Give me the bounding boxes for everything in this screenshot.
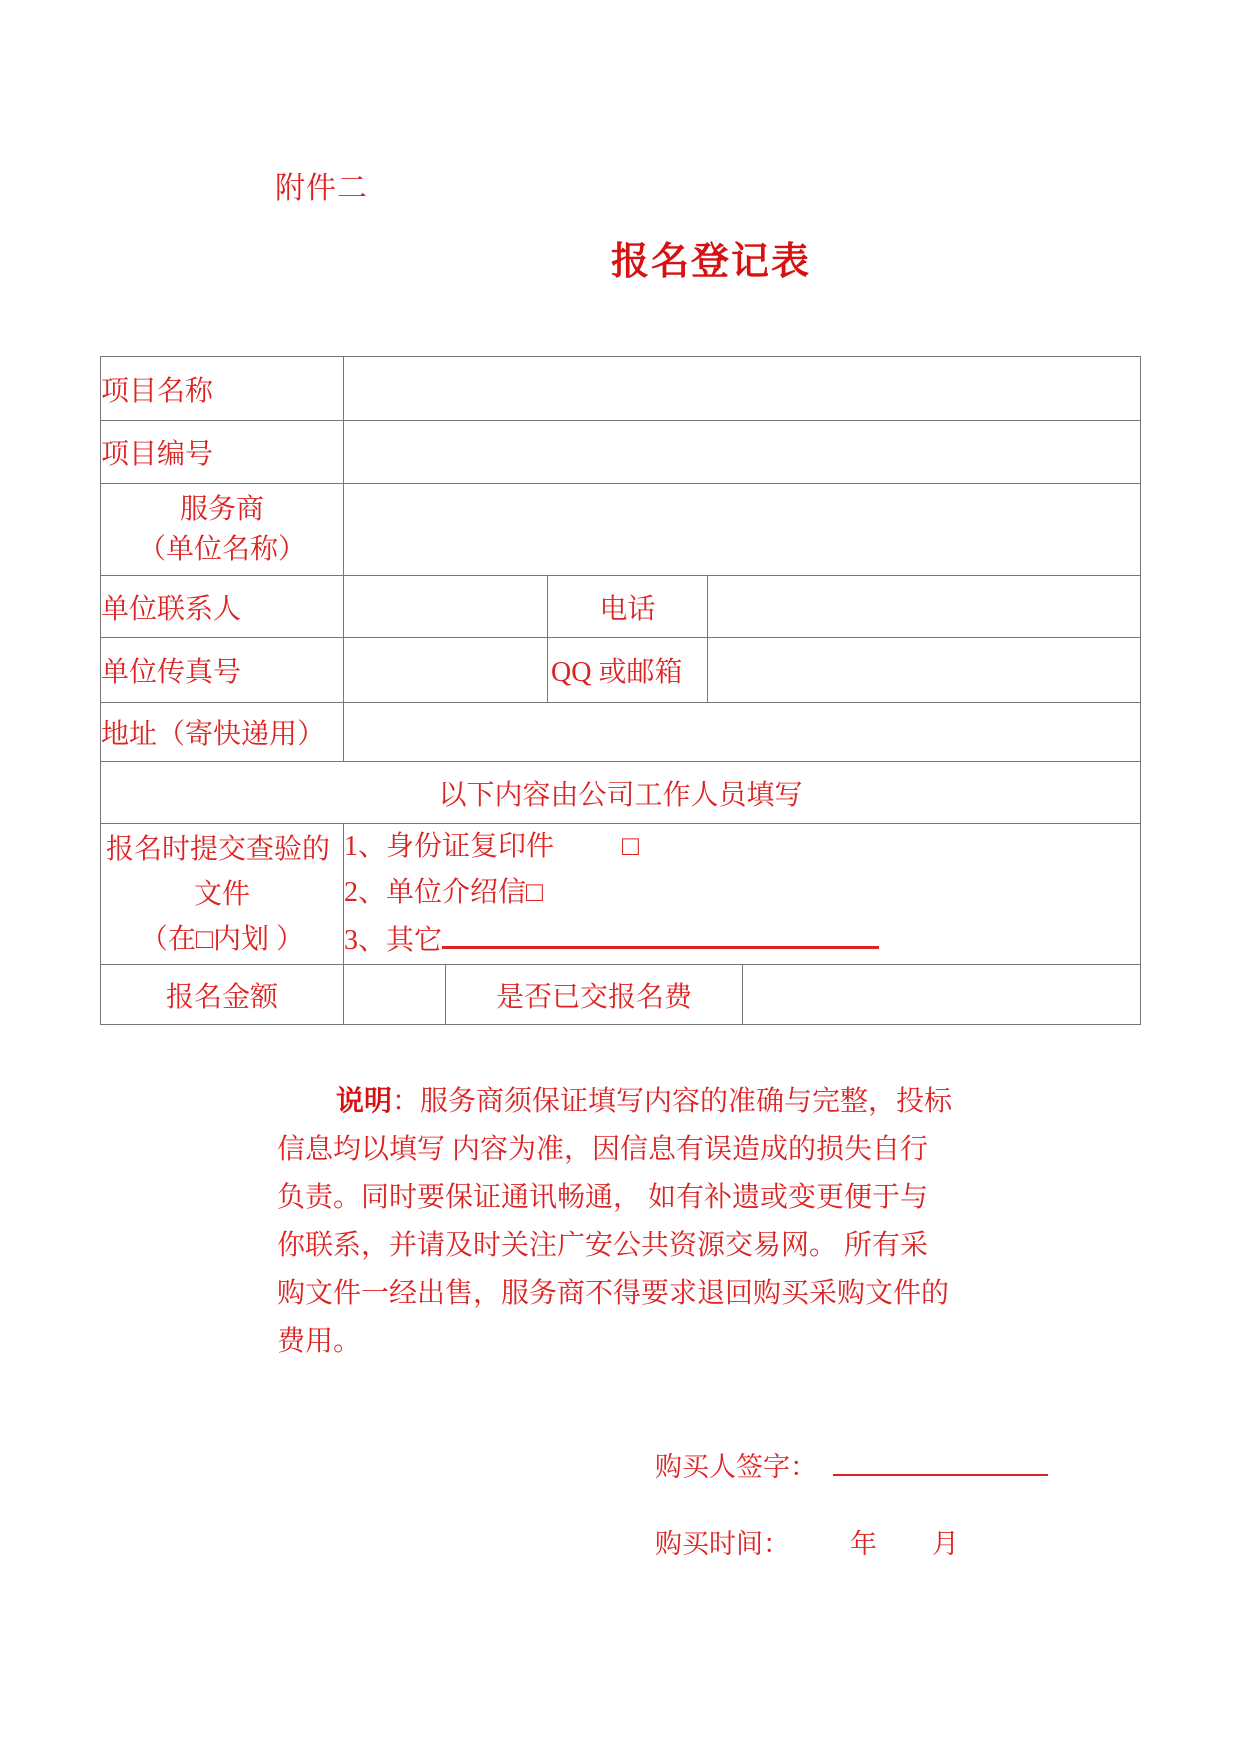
row-documents: 报名时提交查验的 文件 （在□内划 ） 1、身份证复印件□ 2、单位介绍信□ 3…: [101, 824, 1141, 965]
signature-line: 购买人签字：: [655, 1446, 1048, 1485]
amount-label: 报名金额: [101, 965, 344, 1025]
row-fax-qq: 单位传真号 QQ 或邮箱: [101, 638, 1141, 703]
phone-value-cell: [708, 576, 1141, 638]
fax-label: 单位传真号: [101, 638, 344, 703]
documents-label-line2: 文件: [101, 872, 343, 917]
provider-label-line1: 服务商: [101, 490, 343, 530]
note-line-6: 费用。: [277, 1318, 925, 1366]
note-line-1: 说明：服务商须保证填写内容的准确与完整，投标: [277, 1078, 925, 1126]
provider-value-cell: [344, 484, 1141, 576]
note-line-3: 负责。同时要保证通讯畅通， 如有补遗或变更便于与: [277, 1174, 925, 1222]
registration-table: 项目名称 项目编号 服务商 （单位名称） 单位联系人 电话: [100, 356, 1141, 1025]
purchase-time-line: 购买时间：年月: [655, 1526, 959, 1562]
project-number-value-cell: [344, 421, 1141, 484]
registration-form-page: 附件二 报名登记表 项目名称 项目编号 服务商 （单位名称）: [0, 0, 1240, 1754]
note-line-5: 购文件一经出售，服务商不得要求退回购买采购文件的: [277, 1270, 925, 1318]
contact-value-cell: [344, 576, 548, 638]
qq-email-value-cell: [708, 638, 1141, 703]
provider-label: 服务商 （单位名称）: [101, 484, 344, 576]
checkbox-icon: □: [622, 824, 639, 870]
other-blank-line: [442, 916, 879, 949]
address-value-cell: [344, 703, 1141, 762]
purchase-time-label: 购买时间：: [655, 1529, 790, 1559]
note-paragraph: 说明：服务商须保证填写内容的准确与完整，投标 信息均以填写 内容为准，因信息有误…: [277, 1078, 925, 1366]
year-label: 年: [850, 1526, 877, 1562]
fee-paid-value-cell: [743, 965, 1141, 1025]
provider-label-line2: （单位名称）: [101, 530, 343, 570]
attachment-label: 附件二: [275, 163, 368, 207]
documents-item-3: 3、其它: [344, 916, 1140, 964]
documents-item-1: 1、身份证复印件□: [344, 824, 1140, 870]
month-label: 月: [932, 1526, 959, 1562]
row-project-name: 项目名称: [101, 357, 1141, 421]
note-line-1-text: ：服务商须保证填写内容的准确与完整，投标: [392, 1086, 952, 1117]
page-title: 报名登记表: [611, 230, 811, 285]
documents-item-2: 2、单位介绍信□: [344, 870, 1140, 916]
qq-email-label: QQ 或邮箱: [548, 638, 708, 703]
documents-item-1-text: 1、身份证复印件: [344, 831, 554, 862]
signature-label: 购买人签字：: [655, 1452, 817, 1482]
row-fee: 报名金额 是否已交报名费: [101, 965, 1141, 1025]
row-staff-section: 以下内容由公司工作人员填写: [101, 762, 1141, 824]
signature-blank-line: [833, 1446, 1048, 1476]
fax-value-cell: [344, 638, 548, 703]
row-project-number: 项目编号: [101, 421, 1141, 484]
documents-label-line3: （在□内划 ）: [101, 917, 343, 962]
staff-section-header: 以下内容由公司工作人员填写: [101, 762, 1141, 824]
note-line-2: 信息均以填写 内容为准，因信息有误造成的损失自行: [277, 1126, 925, 1174]
amount-value-cell: [344, 965, 446, 1025]
project-name-label: 项目名称: [101, 357, 344, 421]
documents-label-line1: 报名时提交查验的: [101, 827, 343, 872]
address-label: 地址（寄快递用）: [101, 703, 344, 762]
phone-label: 电话: [548, 576, 708, 638]
row-contact-phone: 单位联系人 电话: [101, 576, 1141, 638]
note-line-4: 你联系，并请及时关注广安公共资源交易网。 所有采: [277, 1222, 925, 1270]
documents-item-3-text: 3、其它: [344, 925, 442, 956]
project-number-label: 项目编号: [101, 421, 344, 484]
row-address: 地址（寄快递用）: [101, 703, 1141, 762]
row-provider: 服务商 （单位名称）: [101, 484, 1141, 576]
documents-label: 报名时提交查验的 文件 （在□内划 ）: [101, 824, 344, 965]
documents-list-cell: 1、身份证复印件□ 2、单位介绍信□ 3、其它: [344, 824, 1141, 965]
note-heading: 说明: [336, 1086, 392, 1117]
fee-paid-label: 是否已交报名费: [446, 965, 743, 1025]
project-name-value-cell: [344, 357, 1141, 421]
contact-label: 单位联系人: [101, 576, 344, 638]
